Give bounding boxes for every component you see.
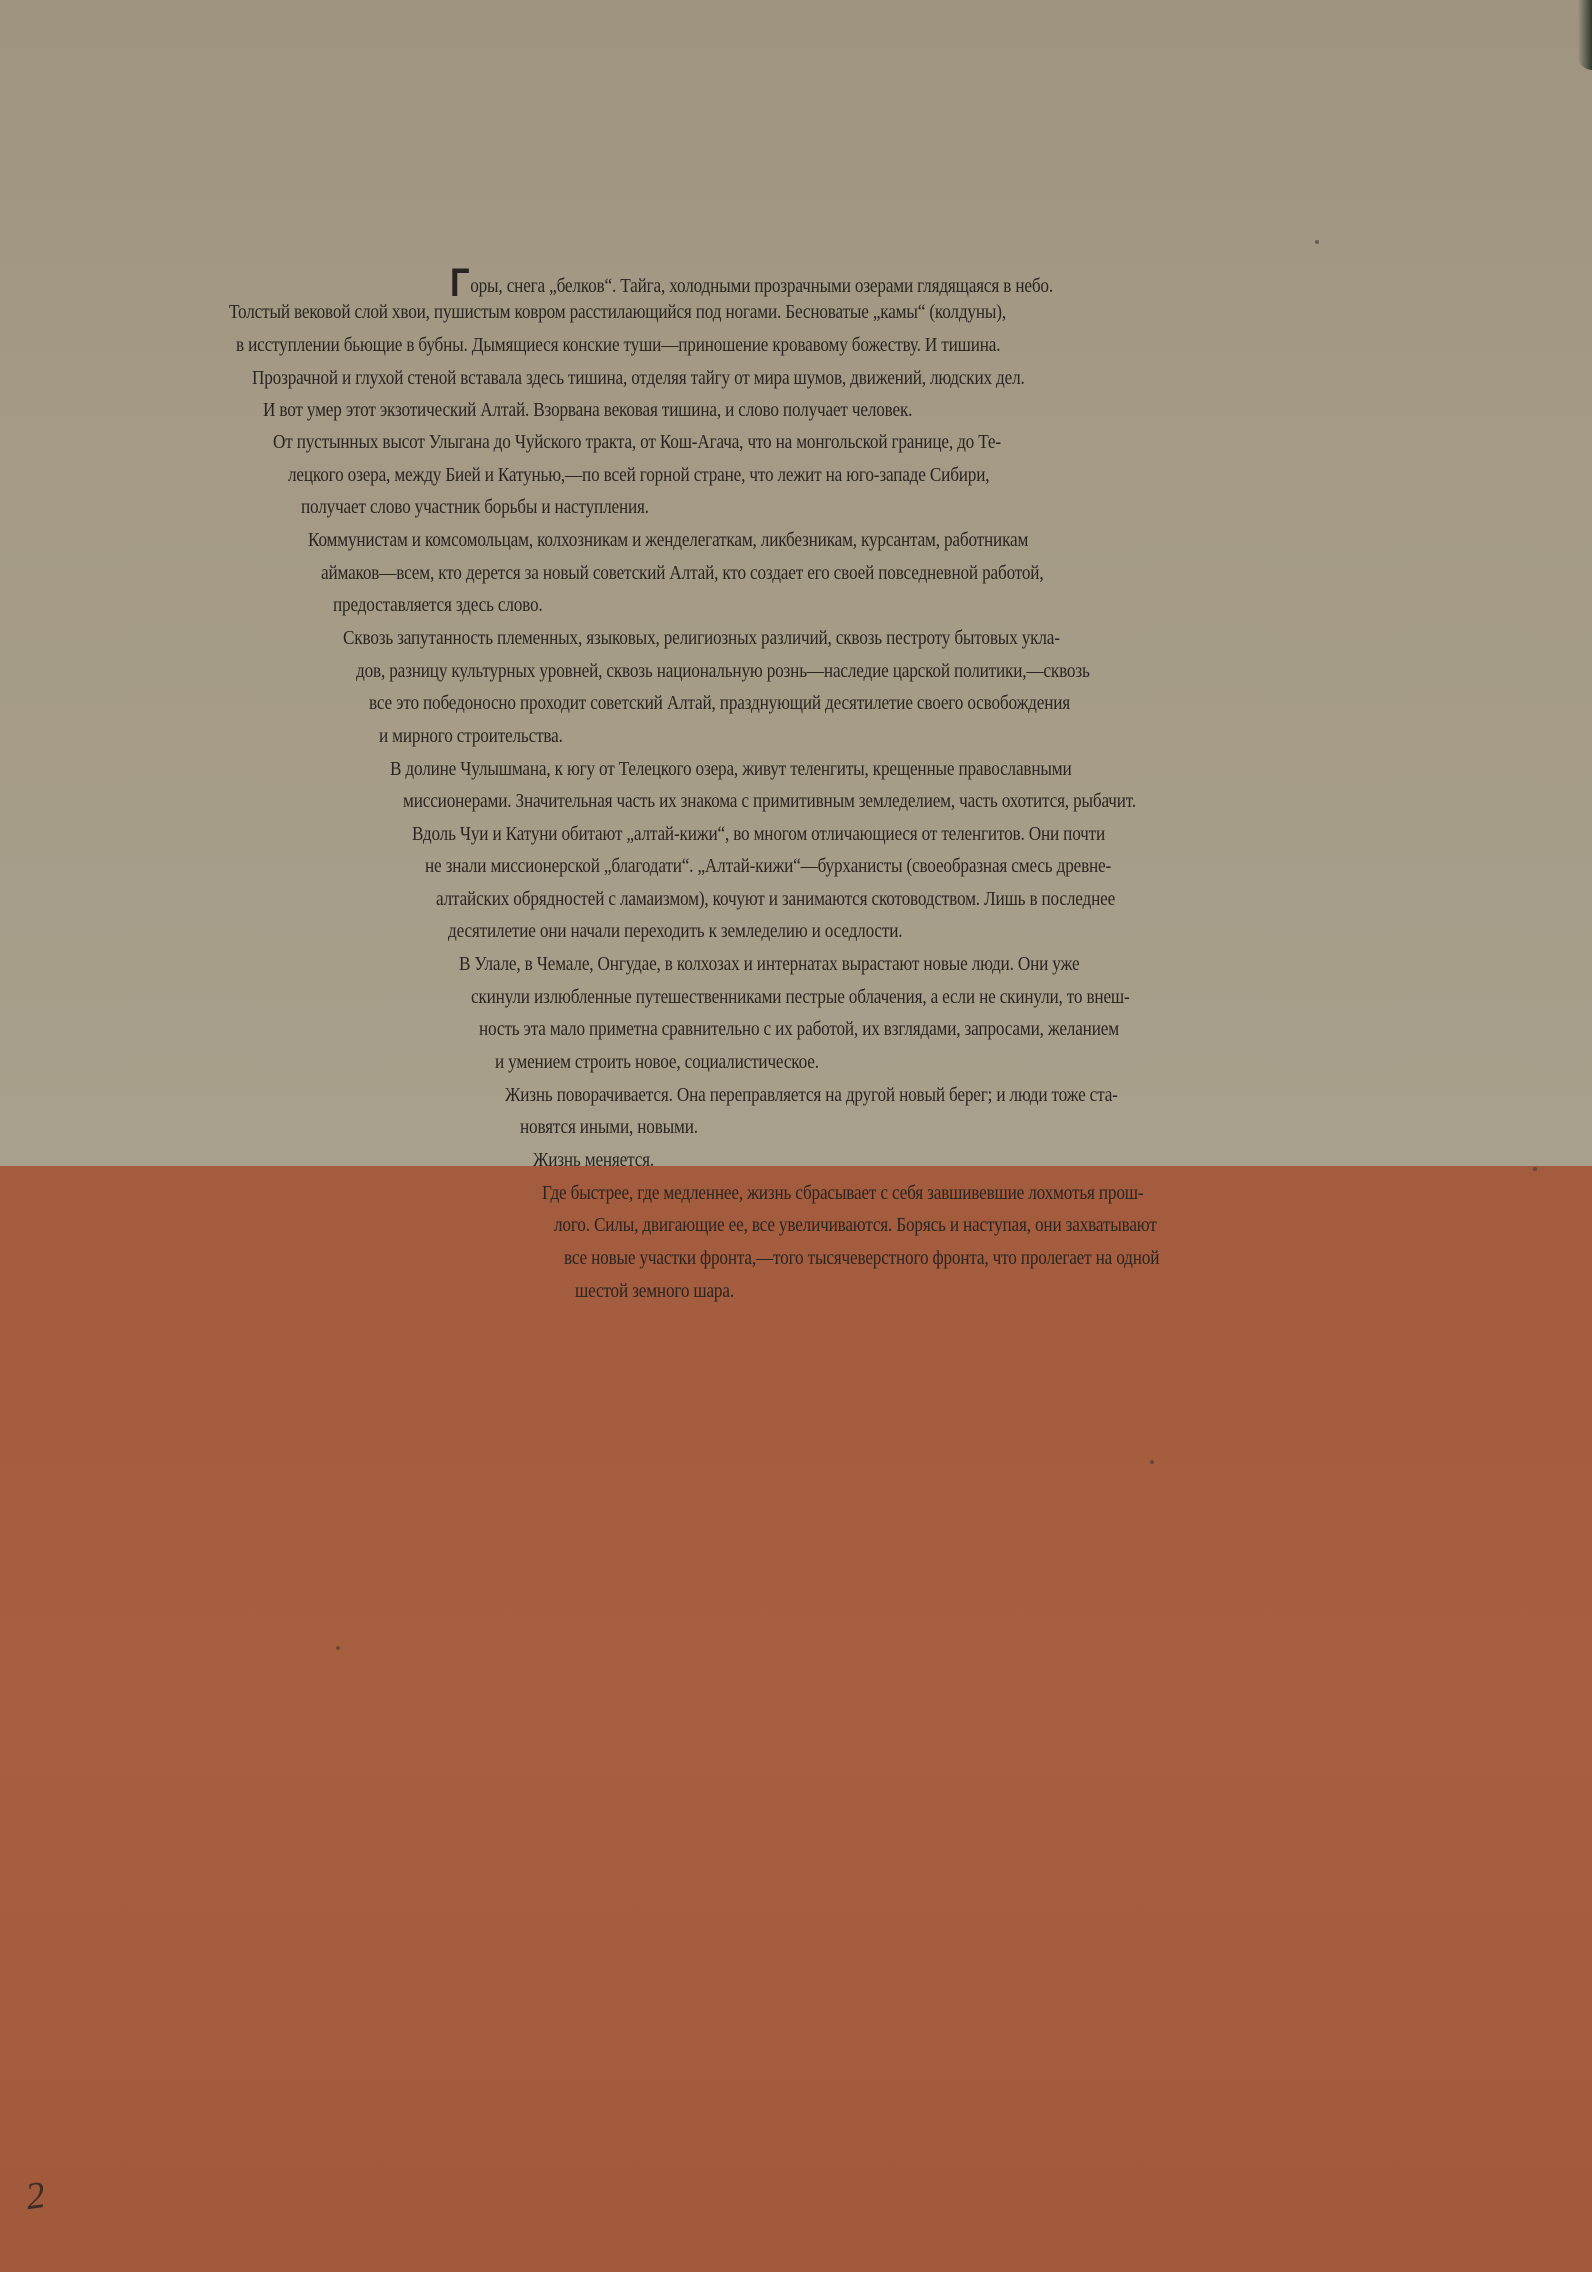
text-line: лецкого озера, между Бией и Катунью,—по … xyxy=(288,463,989,487)
text-line: и мирного строительства. xyxy=(379,724,563,748)
terracotta-paper-band xyxy=(0,1166,1592,2272)
text-line: все новые участки фронта,—того тысячевер… xyxy=(564,1246,1159,1270)
paper-speck xyxy=(336,1646,340,1650)
text-line: миссионерами. Значительная часть их знак… xyxy=(403,789,1136,813)
paper-speck xyxy=(1315,240,1319,244)
text-line: В долине Чулышмана, к югу от Телецкого о… xyxy=(390,757,1072,781)
drop-cap: Г xyxy=(450,261,469,305)
text-line: и умением строить новое, социалистическо… xyxy=(495,1050,819,1074)
text-line: И вот умер этот экзотический Алтай. Взор… xyxy=(263,398,912,422)
text-line: ность эта мало приметна сравнительно с и… xyxy=(479,1017,1119,1041)
text-line: Толстый вековой слой хвои, пушистым ковр… xyxy=(229,300,1006,324)
page-corner-shadow xyxy=(1578,0,1592,70)
paper-speck xyxy=(1150,1460,1154,1464)
text-line: Вдоль Чуи и Катуни обитают „алтай-кижи“,… xyxy=(412,822,1105,846)
text-line: скинули излюбленные путешественниками пе… xyxy=(471,985,1130,1009)
text-line: не знали миссионерской „благодати“. „Алт… xyxy=(425,854,1111,878)
text-line: в исступлении бьющие в бубны. Дымящиеся … xyxy=(236,333,1000,357)
text-line: Где быстрее, где медленнее, жизнь сбрасы… xyxy=(542,1181,1143,1205)
text-line: аймаков—всем, кто дерется за новый совет… xyxy=(321,561,1043,585)
text-line: все это победоносно проходит советский А… xyxy=(369,691,1070,715)
text-line: десятилетие они начали переходить к земл… xyxy=(448,919,902,943)
text-line: новятся иными, новыми. xyxy=(520,1115,698,1139)
text-line: Сквозь запутанность племенных, языковых,… xyxy=(343,626,1060,650)
text-line: алтайских обрядностей с ламаизмом), кочу… xyxy=(436,887,1115,911)
paper-speck xyxy=(1533,1167,1537,1171)
text-line: Жизнь меняется. xyxy=(533,1148,654,1172)
text-line: получает слово участник борьбы и наступл… xyxy=(301,495,649,519)
text-line: Коммунистам и комсомольцам, колхозникам … xyxy=(308,528,1028,552)
text-line: В Улале, в Чемале, Онгудае, в колхозах и… xyxy=(459,952,1079,976)
text-line: предоставляется здесь слово. xyxy=(333,593,543,617)
text-line: Прозрачной и глухой стеной вставала здес… xyxy=(252,366,1025,390)
text-line: дов, разницу культурных уровней, сквозь … xyxy=(356,659,1090,683)
text-line: шестой земного шара. xyxy=(575,1279,734,1303)
text-line: Жизнь поворачивается. Она переправляется… xyxy=(505,1083,1118,1107)
text-line: От пустынных высот Улыгана до Чуйского т… xyxy=(273,430,1001,454)
text-line: лого. Силы, двигающие ее, все увеличиваю… xyxy=(554,1213,1157,1237)
text-line: Горы, снега „белков“. Тайга, холодными п… xyxy=(450,268,1053,298)
